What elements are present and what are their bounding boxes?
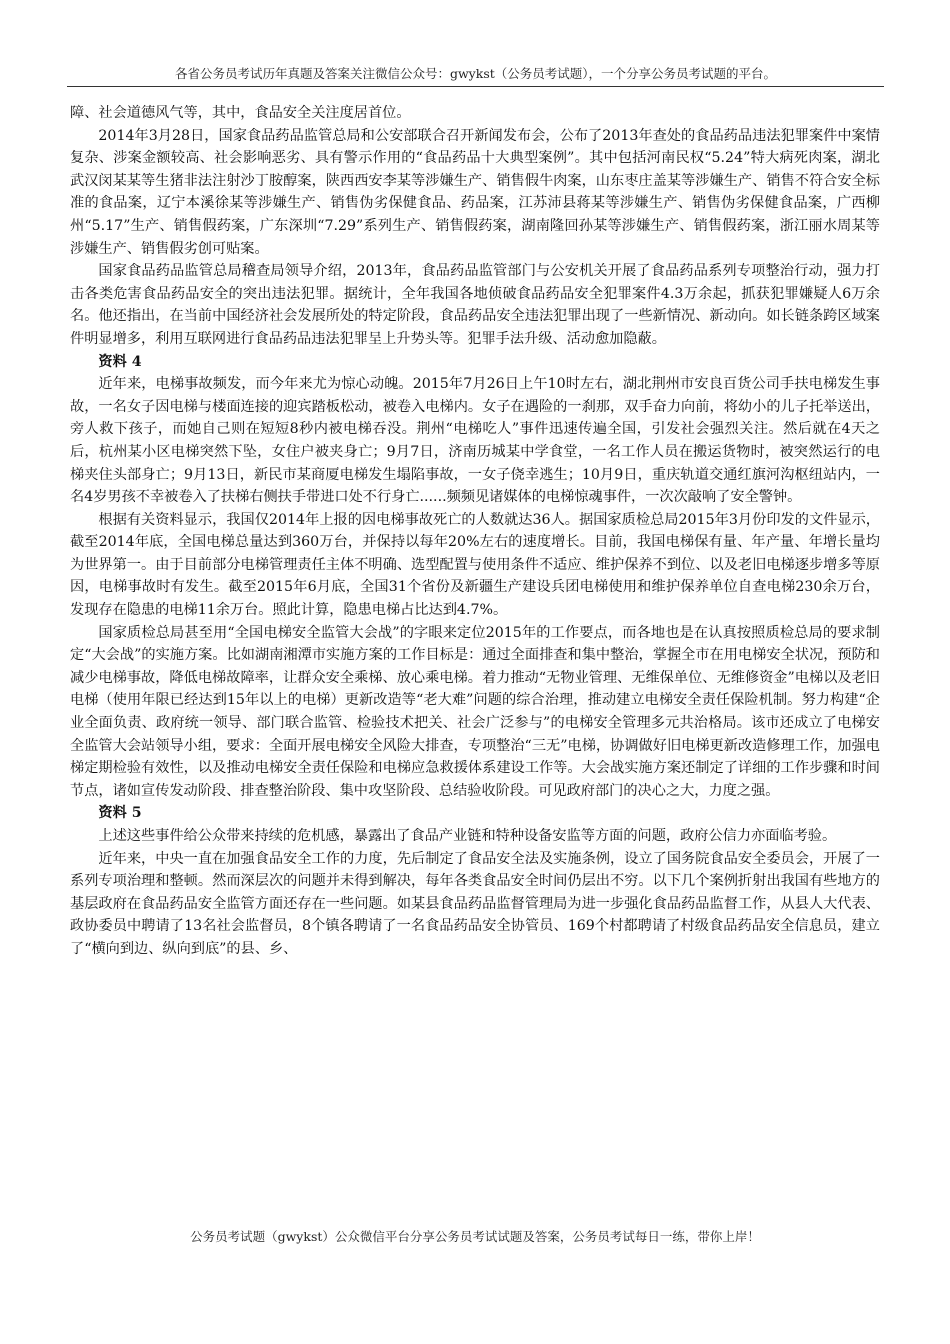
paragraph-typical-cases: 2014年3月28日，国家食品药品监管总局和公安部联合召开新闻发布会，公布了20… [70, 125, 880, 261]
continuation-paragraph: 障、社会道德风气等，其中，食品安全关注度居首位。 [70, 102, 880, 125]
section-heading-material-5: 资料 5 [70, 802, 880, 825]
paragraph-elevator-accidents: 近年来，电梯事故频发，而今年来尤为惊心动魄。2015年7月26日上午10时左右，… [70, 373, 880, 509]
paragraph-enforcement-stats: 国家食品药品监管总局稽查局领导介绍，2013年，食品药品监管部门与公安机关开展了… [70, 260, 880, 350]
section-heading-material-4: 资料 4 [70, 351, 880, 374]
page-footer: 公务员考试题（gwykst）公众微信平台分享公务员考试试题及答案，公务员考试每日… [0, 1227, 950, 1247]
document-body: 障、社会道德风气等，其中，食品安全关注度居首位。 2014年3月28日，国家食品… [70, 102, 880, 961]
page-header: 各省公务员考试历年真题及答案关注微信公众号：gwykst（公务员考试题），一个分… [67, 64, 884, 87]
paragraph-elevator-campaign: 国家质检总局甚至用“全国电梯安全监管大会战”的字眼来定位2015年的工作要点，而… [70, 622, 880, 803]
paragraph-food-safety-supervision: 近年来，中央一直在加强食品安全工作的力度，先后制定了食品安全法及实施条例，设立了… [70, 848, 880, 961]
paragraph-public-crisis: 上述这些事件给公众带来持续的危机感，暴露出了食品产业链和特种设备安监等方面的问题… [70, 825, 880, 848]
paragraph-elevator-stats: 根据有关资料显示，我国仅2014年上报的因电梯事故死亡的人数就达36人。据国家质… [70, 509, 880, 622]
